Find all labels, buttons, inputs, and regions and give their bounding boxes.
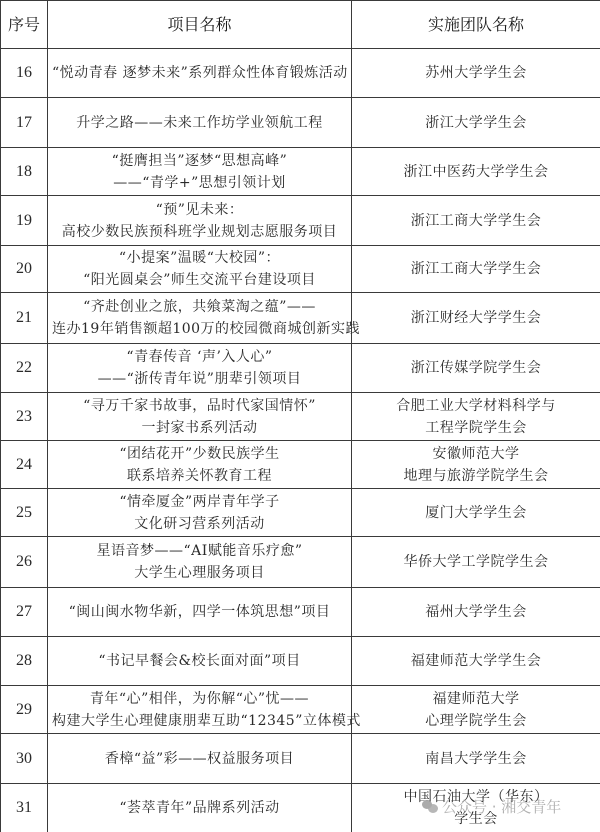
project-name-line: “小提案”温暖“大校园”：	[52, 247, 347, 269]
cell-team-name: 合肥工业大学材料科学与工程学院学生会	[352, 393, 600, 441]
table-row: 17升学之路——未来工作坊学业领航工程浙江大学学生会	[1, 98, 600, 148]
project-table: 序号 项目名称 实施团队名称 16“悦动青春 逐梦未来”系列群众性体育锻炼活动苏…	[0, 0, 600, 832]
project-name-line: 香樟“益”彩——权益服务项目	[52, 748, 347, 770]
cell-serial-number: 24	[1, 441, 48, 489]
cell-team-name: 浙江大学学生会	[352, 98, 600, 148]
table-row: 16“悦动青春 逐梦未来”系列群众性体育锻炼活动苏州大学学生会	[1, 49, 600, 98]
table-row: 19“预”见未来：高校少数民族预科班学业规划志愿服务项目浙江工商大学学生会	[1, 196, 600, 246]
project-name-line: 连办19年销售额超100万的校园微商城创新实践	[52, 318, 347, 340]
cell-serial-number: 31	[1, 784, 48, 832]
team-name-line: 厦门大学学生会	[356, 502, 596, 524]
cell-serial-number: 23	[1, 393, 48, 441]
team-name-line: 福建师范大学	[356, 688, 596, 710]
cell-team-name: 浙江传媒学院学生会	[352, 344, 600, 393]
team-name-line: 浙江财经大学学生会	[356, 307, 596, 329]
project-name-line: 构建大学生心理健康朋辈互助“12345”立体模式	[52, 710, 347, 732]
cell-serial-number: 28	[1, 637, 48, 686]
cell-project-name: 升学之路——未来工作坊学业领航工程	[48, 98, 352, 148]
team-name-line: 学生会	[356, 808, 596, 830]
cell-serial-number: 30	[1, 734, 48, 784]
table-row: 24“团结花开”少数民族学生联系培养关怀教育工程安徽师范大学地理与旅游学院学生会	[1, 441, 600, 489]
team-name-line: 地理与旅游学院学生会	[356, 465, 596, 487]
cell-serial-number: 19	[1, 196, 48, 246]
cell-project-name: “悦动青春 逐梦未来”系列群众性体育锻炼活动	[48, 49, 352, 98]
team-name-line: 心理学院学生会	[356, 710, 596, 732]
project-name-line: 大学生心理服务项目	[52, 562, 347, 584]
cell-team-name: 中国石油大学（华东）学生会	[352, 784, 600, 832]
team-name-line: 浙江传媒学院学生会	[356, 357, 596, 379]
table-body: 16“悦动青春 逐梦未来”系列群众性体育锻炼活动苏州大学学生会17升学之路——未…	[1, 49, 600, 832]
team-name-line: 华侨大学工学院学生会	[356, 551, 596, 573]
cell-serial-number: 21	[1, 293, 48, 344]
cell-project-name: “寻万千家书故事，品时代家国情怀”一封家书系列活动	[48, 393, 352, 441]
table-row: 26星语音梦——“AI赋能音乐疗愈”大学生心理服务项目华侨大学工学院学生会	[1, 537, 600, 588]
cell-serial-number: 20	[1, 246, 48, 293]
project-name-line: 升学之路——未来工作坊学业领航工程	[52, 112, 347, 134]
cell-team-name: 苏州大学学生会	[352, 49, 600, 98]
project-name-line: 文化研习营系列活动	[52, 513, 347, 535]
cell-serial-number: 17	[1, 98, 48, 148]
cell-project-name: “团结花开”少数民族学生联系培养关怀教育工程	[48, 441, 352, 489]
team-name-line: 浙江中医药大学学生会	[356, 161, 596, 183]
project-name-line: “齐赴创业之旅，共飨菜淘之蕴”——	[52, 296, 347, 318]
project-name-line: 星语音梦——“AI赋能音乐疗愈”	[52, 540, 347, 562]
header-project-name: 项目名称	[48, 1, 352, 49]
project-name-line: 一封家书系列活动	[52, 417, 347, 439]
table-row: 29青年“心”相伴，为你解“心”忧——构建大学生心理健康朋辈互助“12345”立…	[1, 686, 600, 734]
cell-team-name: 福建师范大学学生会	[352, 637, 600, 686]
cell-serial-number: 16	[1, 49, 48, 98]
table-row: 22“青春传音 ‘声’入人心”——“浙传青年说”朋辈引领项目浙江传媒学院学生会	[1, 344, 600, 393]
cell-serial-number: 22	[1, 344, 48, 393]
project-name-line: “书记早餐会&校长面对面”项目	[52, 650, 347, 672]
table-header-row: 序号 项目名称 实施团队名称	[1, 1, 600, 49]
cell-project-name: “闽山闽水物华新，四学一体筑思想”项目	[48, 588, 352, 637]
team-name-line: 安徽师范大学	[356, 443, 596, 465]
table-row: 21“齐赴创业之旅，共飨菜淘之蕴”——连办19年销售额超100万的校园微商城创新…	[1, 293, 600, 344]
team-name-line: 浙江大学学生会	[356, 112, 596, 134]
cell-project-name: “情牵厦金”两岸青年学子文化研习营系列活动	[48, 489, 352, 537]
team-name-line: 南昌大学学生会	[356, 748, 596, 770]
table-row: 31“荟萃青年”品牌系列活动中国石油大学（华东）学生会	[1, 784, 600, 832]
table-row: 25“情牵厦金”两岸青年学子文化研习营系列活动厦门大学学生会	[1, 489, 600, 537]
cell-project-name: 星语音梦——“AI赋能音乐疗愈”大学生心理服务项目	[48, 537, 352, 588]
project-name-line: “预”见未来：	[52, 199, 347, 221]
cell-project-name: “荟萃青年”品牌系列活动	[48, 784, 352, 832]
table-row: 27“闽山闽水物华新，四学一体筑思想”项目福州大学学生会	[1, 588, 600, 637]
cell-project-name: 香樟“益”彩——权益服务项目	[48, 734, 352, 784]
project-name-line: “挺膺担当”逐梦“思想高峰”	[52, 150, 347, 172]
cell-serial-number: 26	[1, 537, 48, 588]
cell-project-name: “挺膺担当”逐梦“思想高峰”——“青学+”思想引领计划	[48, 148, 352, 196]
table-row: 23“寻万千家书故事，品时代家国情怀”一封家书系列活动合肥工业大学材料科学与工程…	[1, 393, 600, 441]
cell-team-name: 浙江财经大学学生会	[352, 293, 600, 344]
table-row: 18“挺膺担当”逐梦“思想高峰”——“青学+”思想引领计划浙江中医药大学学生会	[1, 148, 600, 196]
project-name-line: “团结花开”少数民族学生	[52, 443, 347, 465]
cell-serial-number: 25	[1, 489, 48, 537]
table-row: 28“书记早餐会&校长面对面”项目福建师范大学学生会	[1, 637, 600, 686]
cell-team-name: 华侨大学工学院学生会	[352, 537, 600, 588]
team-name-line: 福州大学学生会	[356, 601, 596, 623]
project-name-line: ——“青学+”思想引领计划	[52, 172, 347, 194]
team-name-line: 浙江工商大学学生会	[356, 258, 596, 280]
cell-team-name: 厦门大学学生会	[352, 489, 600, 537]
team-name-line: 中国石油大学（华东）	[356, 786, 596, 808]
header-serial-number: 序号	[1, 1, 48, 49]
cell-team-name: 浙江工商大学学生会	[352, 196, 600, 246]
project-name-line: 高校少数民族预科班学业规划志愿服务项目	[52, 221, 347, 243]
project-name-line: “悦动青春 逐梦未来”系列群众性体育锻炼活动	[52, 62, 347, 84]
project-name-line: “闽山闽水物华新，四学一体筑思想”项目	[52, 601, 347, 623]
team-name-line: 苏州大学学生会	[356, 62, 596, 84]
project-name-line: “荟萃青年”品牌系列活动	[52, 797, 347, 819]
cell-team-name: 南昌大学学生会	[352, 734, 600, 784]
project-name-line: “寻万千家书故事，品时代家国情怀”	[52, 395, 347, 417]
project-name-line: “阳光圆桌会”师生交流平台建设项目	[52, 269, 347, 291]
cell-project-name: “书记早餐会&校长面对面”项目	[48, 637, 352, 686]
cell-serial-number: 27	[1, 588, 48, 637]
project-name-line: “情牵厦金”两岸青年学子	[52, 491, 347, 513]
project-name-line: “青春传音 ‘声’入人心”	[52, 346, 347, 368]
cell-serial-number: 29	[1, 686, 48, 734]
project-name-line: ——“浙传青年说”朋辈引领项目	[52, 368, 347, 390]
cell-team-name: 浙江工商大学学生会	[352, 246, 600, 293]
team-name-line: 浙江工商大学学生会	[356, 210, 596, 232]
table-row: 30香樟“益”彩——权益服务项目南昌大学学生会	[1, 734, 600, 784]
project-name-line: 青年“心”相伴，为你解“心”忧——	[52, 688, 347, 710]
header-team-name: 实施团队名称	[352, 1, 600, 49]
team-name-line: 工程学院学生会	[356, 417, 596, 439]
team-name-line: 福建师范大学学生会	[356, 650, 596, 672]
cell-project-name: “齐赴创业之旅，共飨菜淘之蕴”——连办19年销售额超100万的校园微商城创新实践	[48, 293, 352, 344]
cell-team-name: 安徽师范大学地理与旅游学院学生会	[352, 441, 600, 489]
table-row: 20“小提案”温暖“大校园”：“阳光圆桌会”师生交流平台建设项目浙江工商大学学生…	[1, 246, 600, 293]
project-name-line: 联系培养关怀教育工程	[52, 465, 347, 487]
cell-team-name: 福建师范大学心理学院学生会	[352, 686, 600, 734]
cell-team-name: 福州大学学生会	[352, 588, 600, 637]
cell-project-name: “小提案”温暖“大校园”：“阳光圆桌会”师生交流平台建设项目	[48, 246, 352, 293]
team-name-line: 合肥工业大学材料科学与	[356, 395, 596, 417]
cell-project-name: 青年“心”相伴，为你解“心”忧——构建大学生心理健康朋辈互助“12345”立体模…	[48, 686, 352, 734]
cell-serial-number: 18	[1, 148, 48, 196]
cell-project-name: “预”见未来：高校少数民族预科班学业规划志愿服务项目	[48, 196, 352, 246]
cell-team-name: 浙江中医药大学学生会	[352, 148, 600, 196]
cell-project-name: “青春传音 ‘声’入人心”——“浙传青年说”朋辈引领项目	[48, 344, 352, 393]
